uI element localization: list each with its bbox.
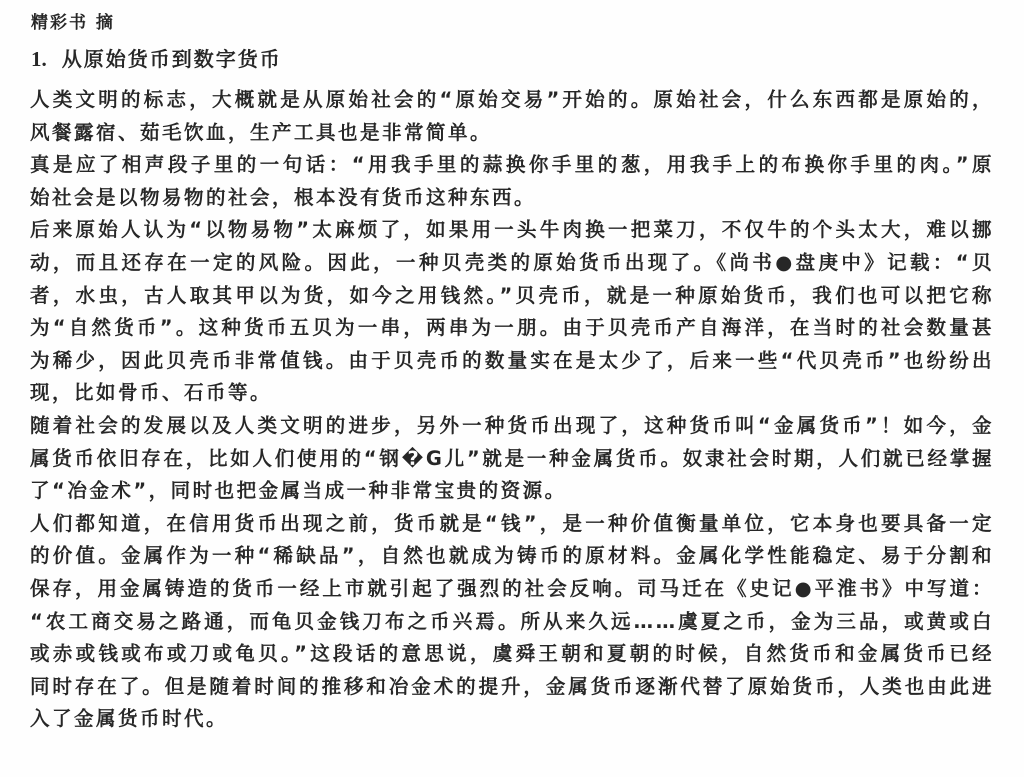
text-line: 入了金属货币时代。 (30, 703, 994, 736)
text-line: 的价值。金属作为一种“稀缺品”，自然也就成为铸币的原材料。金属化学性能稳定、易于… (30, 540, 994, 573)
section-number: 1. (31, 47, 47, 71)
text-line: 后来原始人认为“以物易物”太麻烦了，如果用一头牛肉换一把菜刀，不仅牛的个头太大，… (30, 214, 994, 247)
paragraph: 人类文明的标志，大概就是从原始社会的“原始交易”开始的。原始社会，什么东西都是原… (30, 84, 994, 149)
document-body: 人类文明的标志，大概就是从原始社会的“原始交易”开始的。原始社会，什么东西都是原… (30, 84, 994, 736)
text-line: 为“自然货币”。这种货币五贝为一串，两串为一朋。由于贝壳币产自海洋，在当时的社会… (30, 312, 994, 345)
section-title: 从原始货币到数字货币 (62, 47, 282, 71)
text-line: 真是应了相声段子里的一句话：“用我手里的蒜换你手里的葱，用我手上的布换你手里的肉… (30, 149, 994, 182)
text-line: 保存，用金属铸造的货币一经上市就引起了强烈的社会反响。司马迁在《史记●平淮书》中… (30, 573, 994, 606)
text-line: 人们都知道，在信用货币出现之前，货币就是“钱”，是一种价值衡量单位，它本身也要具… (30, 508, 994, 541)
paragraph: 随着社会的发展以及人类文明的进步，另外一种货币出现了，这种货币叫“金属货币”！如… (30, 410, 994, 508)
text-line: 或赤或钱或布或刀或龟贝。”这段话的意思说，虞舜王朝和夏朝的时候，自然货币和金属货… (30, 638, 994, 671)
text-line: 始社会是以物易物的社会，根本没有货币这种东西。 (30, 182, 994, 215)
text-line: 动，而且还存在一定的风险。因此，一种贝壳类的原始货币出现了。《尚书●盘庚中》记载… (30, 247, 994, 280)
text-line: 人类文明的标志，大概就是从原始社会的“原始交易”开始的。原始社会，什么东西都是原… (30, 84, 994, 117)
text-line: 同时存在了。但是随着时间的推移和冶金术的提升，金属货币逐渐代替了原始货币，人类也… (30, 671, 994, 704)
text-line: 风餐露宿、茹毛饮血，生产工具也是非常简单。 (30, 117, 994, 150)
page-title: 精彩书 摘 (31, 10, 994, 36)
paragraph: 人们都知道，在信用货币出现之前，货币就是“钱”，是一种价值衡量单位，它本身也要具… (30, 508, 994, 736)
paragraph: 后来原始人认为“以物易物”太麻烦了，如果用一头牛肉换一把菜刀，不仅牛的个头太大，… (30, 214, 994, 410)
text-line: 者，水虫，古人取其甲以为货，如今之用钱然。”贝壳币，就是一种原始货币，我们也可以… (30, 280, 994, 313)
text-line: 为稀少，因此贝壳币非常值钱。由于贝壳币的数量实在是太少了，后来一些“代贝壳币”也… (30, 345, 994, 378)
document-page: 精彩书 摘 1.从原始货币到数字货币 人类文明的标志，大概就是从原始社会的“原始… (0, 0, 1024, 777)
section-heading: 1.从原始货币到数字货币 (31, 44, 994, 74)
text-line: 随着社会的发展以及人类文明的进步，另外一种货币出现了，这种货币叫“金属货币”！如… (30, 410, 994, 443)
text-line: 现，比如骨币、石币等。 (30, 377, 994, 410)
text-line: “农工商交易之路通，而龟贝金钱刀布之币兴焉。所从来久远……虞夏之币，金为三品，或… (30, 606, 994, 639)
text-line: 了“冶金术”，同时也把金属当成一种非常宝贵的资源。 (30, 475, 994, 508)
paragraph: 真是应了相声段子里的一句话：“用我手里的蒜换你手里的葱，用我手上的布换你手里的肉… (30, 149, 994, 214)
text-line: 属货币依旧存在，比如人们使用的“钢�G儿”就是一种金属货币。奴隶社会时期，人们就… (30, 443, 994, 476)
